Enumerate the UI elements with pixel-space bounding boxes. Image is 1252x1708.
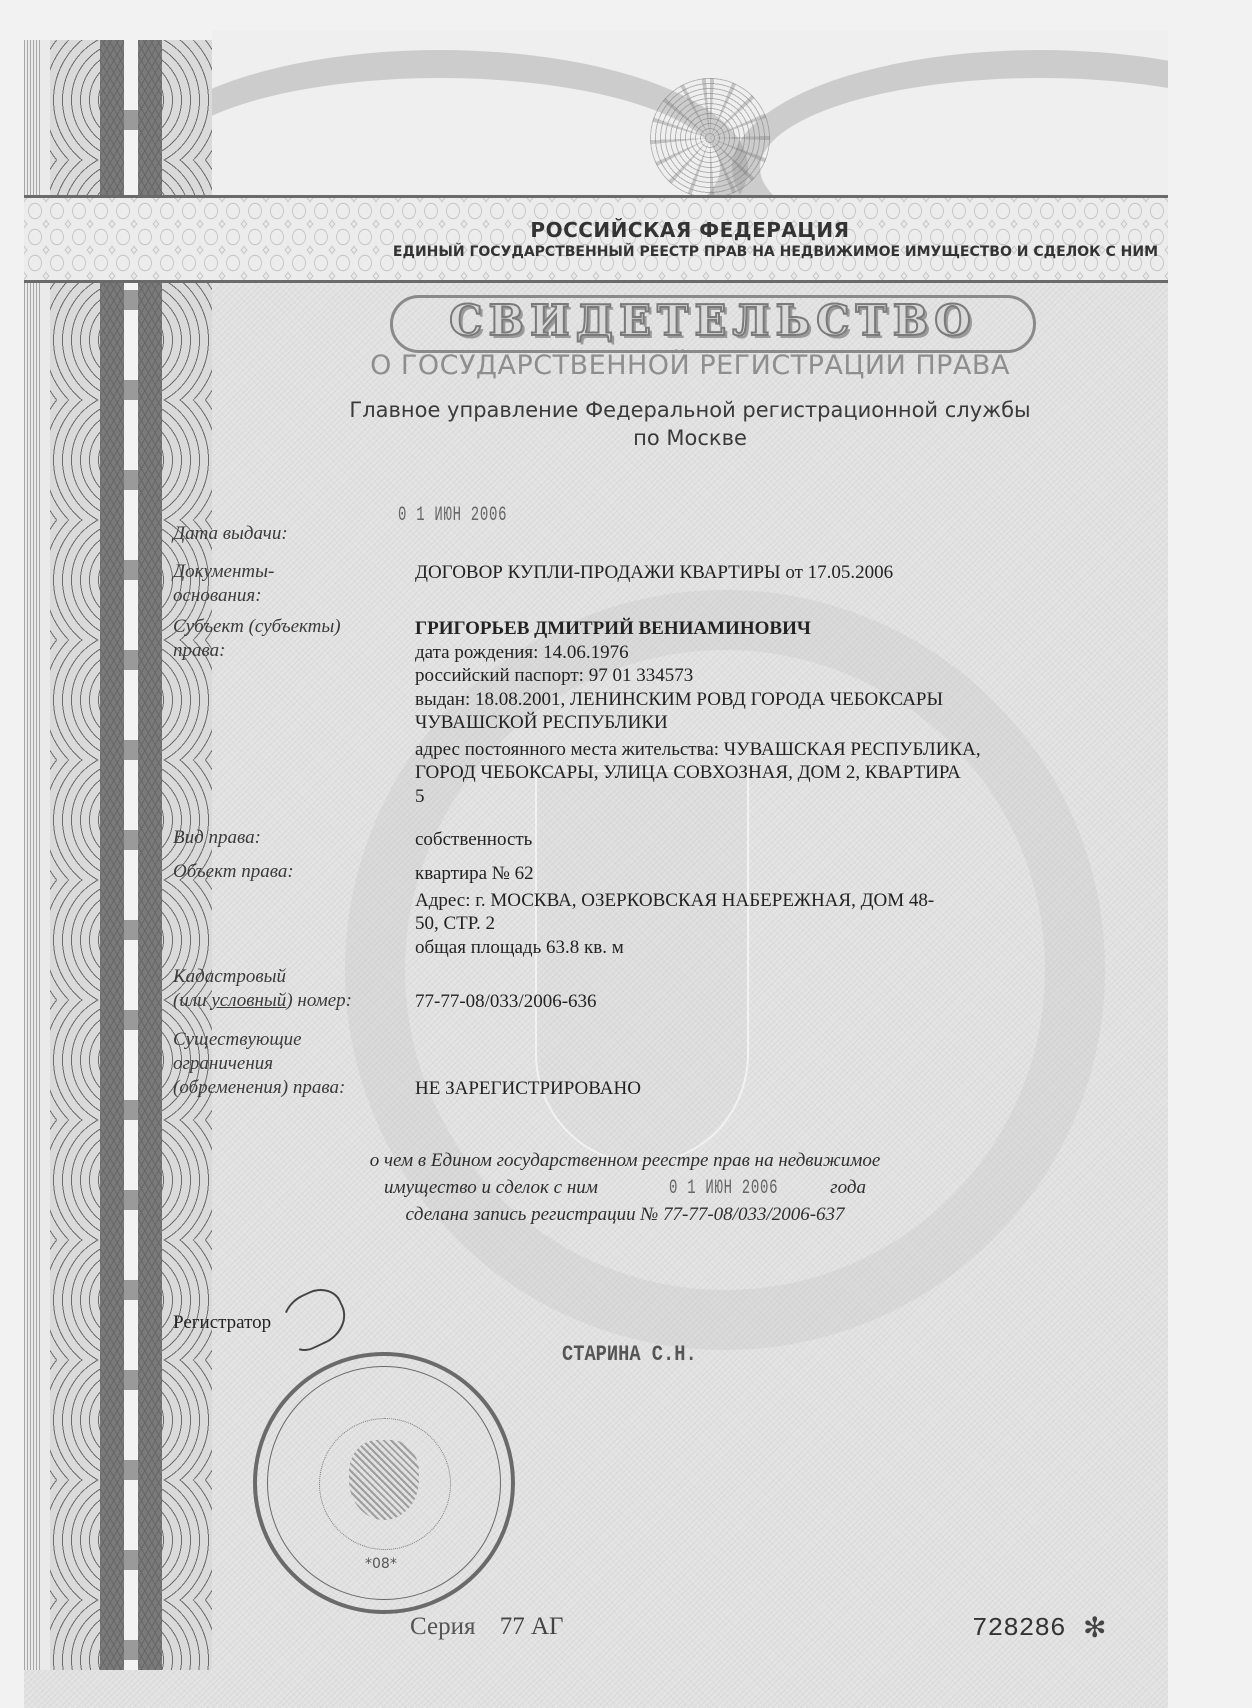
label-line: Документы- (173, 560, 274, 584)
series-label: Серия (410, 1613, 475, 1640)
fine-line-strip (24, 40, 42, 1670)
cadastral-label: Кадастровый (или условный) номер: (173, 965, 352, 1013)
right-type-value: собственность (415, 828, 532, 852)
agency-region: по Москве (212, 426, 1168, 450)
right-type-label: Вид права: (173, 826, 261, 850)
label-line: Существующие (173, 1028, 345, 1052)
object-label: Объект права: (173, 860, 294, 884)
detail-line: Адрес: г. МОСКВА, ОЗЕРКОВСКАЯ НАБЕРЕЖНАЯ… (415, 889, 934, 913)
registration-date-stamp: 0 1 ИЮН 2006 (669, 1177, 778, 1200)
detail-line: общая площадь 63.8 кв. м (415, 936, 934, 960)
cadastral-number: 77-77-08/033/2006-636 (415, 990, 597, 1014)
label-line: основания: (173, 584, 274, 608)
encumbrances-value: НЕ ЗАРЕГИСТРИРОВАНО (415, 1077, 641, 1101)
detail-line: 50, СТР. 2 (415, 912, 934, 936)
subject-label: Субъект (субъекты) права: (173, 615, 341, 663)
detail-line: выдан: 18.08.2001, ЛЕНИНСКИМ РОВД ГОРОДА… (415, 688, 981, 712)
object-value: квартира № 62Адрес: г. МОСКВА, ОЗЕРКОВСК… (415, 862, 934, 959)
owner-name: ГРИГОРЬЕВ ДМИТРИЙ ВЕНИАМИНОВИЧ (415, 617, 981, 641)
owner-details: дата рождения: 14.06.1976российский пасп… (415, 641, 981, 809)
basis-documents-value: ДОГОВОР КУПЛИ-ПРОДАЖИ КВАРТИРЫ от 17.05.… (415, 561, 893, 585)
official-seal: *08* (253, 1352, 515, 1614)
detail-line: адрес постоянного места жительства: ЧУВА… (415, 738, 981, 762)
statement-text: года (830, 1177, 866, 1198)
coat-of-arms-watermark (535, 770, 749, 1164)
basis-documents-label: Документы- основания: (173, 560, 274, 608)
detail-line: ГОРОД ЧЕБОКСАРЫ, УЛИЦА СОВХОЗНАЯ, ДОМ 2,… (415, 761, 981, 785)
registrar-label: Регистратор (173, 1312, 271, 1334)
encumbrances-label: Существующие ограничения (обременения) п… (173, 1028, 345, 1100)
center-spine (124, 40, 138, 1670)
series-value: 77 АГ (500, 1613, 564, 1640)
label-line: (обременения) права: (173, 1076, 345, 1100)
issue-date-label: Дата выдачи: (173, 522, 288, 546)
swoosh-right (732, 50, 1168, 198)
label-part: ) номер: (286, 990, 352, 1011)
label-line: Субъект (субъекты) (173, 615, 341, 639)
double-headed-eagle-icon (349, 1440, 419, 1520)
country-title: РОССИЙСКАЯ ФЕДЕРАЦИЯ (212, 218, 1168, 242)
detail-line: 5 (415, 785, 981, 809)
issue-date-stamp: 0 1 ИЮН 2006 (398, 504, 507, 528)
registrar-name-stamp: СТАРИНА С.Н. (562, 1342, 697, 1367)
label-line: ограничения (173, 1052, 345, 1076)
label-part: (или (173, 990, 211, 1011)
detail-line: дата рождения: 14.06.1976 (415, 641, 981, 665)
object-details: квартира № 62Адрес: г. МОСКВА, ОЗЕРКОВСК… (415, 862, 934, 959)
agency-name: Главное управление Федеральной регистрац… (212, 398, 1168, 422)
asterisk-mark-icon: ✻ (1083, 1611, 1106, 1645)
series: Серия 77 АГ (410, 1613, 563, 1641)
seal-code: *08* (365, 1556, 397, 1572)
guilloche-left-border (24, 40, 212, 1670)
certificate-heading: СВИДЕТЕЛЬСТВО (390, 295, 1036, 353)
detail-line: квартира № 62 (415, 862, 934, 886)
certificate-subtitle: О ГОСУДАРСТВЕННОЙ РЕГИСТРАЦИИ ПРАВА (212, 350, 1168, 381)
detail-line: российский паспорт: 97 01 334573 (415, 664, 981, 688)
registry-statement-line1: о чем в Едином государственном реестре п… (150, 1150, 1100, 1172)
statement-text: имущество и сделок с ним (384, 1177, 598, 1198)
registration-record-number: сделана запись регистрации № 77-77-08/03… (150, 1204, 1100, 1226)
detail-line: ЧУВАШСКОЙ РЕСПУБЛИКИ (415, 711, 981, 735)
label-underlined: условный (211, 990, 286, 1011)
label-line: права: (173, 639, 341, 663)
subject-value: ГРИГОРЬЕВ ДМИТРИЙ ВЕНИАМИНОВИЧ дата рожд… (415, 617, 981, 808)
issue-date-value: 0 1 ИЮН 2006 (398, 503, 554, 528)
label-line: (или условный) номер: (173, 989, 352, 1013)
serial-number: 728286 (972, 1613, 1066, 1643)
registry-statement-line2: имущество и сделок с ним 0 1 ИЮН 2006 го… (150, 1177, 1100, 1200)
registry-title: ЕДИНЫЙ ГОСУДАРСТВЕННЫЙ РЕЕСТР ПРАВ НА НЕ… (212, 244, 1168, 260)
rosette-ornament (650, 78, 770, 198)
guilloche-top-ornament (212, 30, 1168, 198)
label-line: Кадастровый (173, 965, 352, 989)
